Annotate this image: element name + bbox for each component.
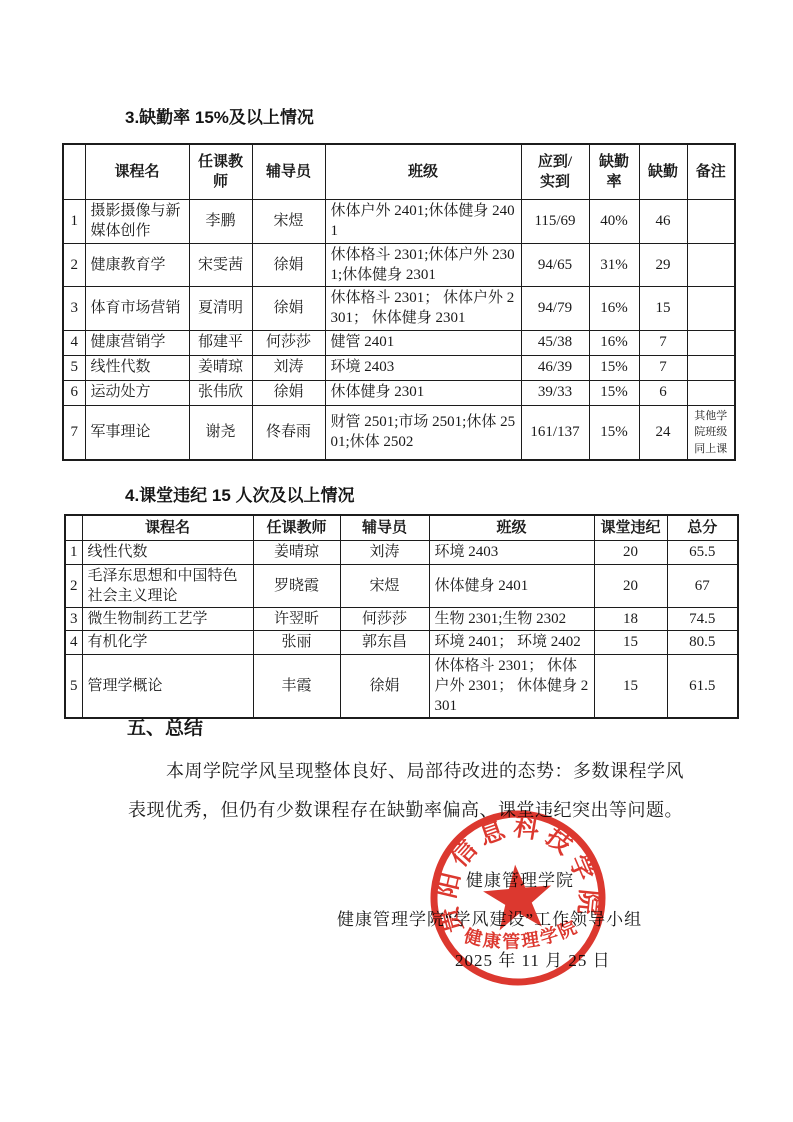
cell-teacher: 谢尧 bbox=[189, 405, 252, 460]
cell-counselor: 徐娟 bbox=[252, 380, 325, 405]
header-cell-counselor: 辅导员 bbox=[340, 515, 429, 541]
cell-absent: 7 bbox=[639, 330, 687, 355]
header-row: 课程名任课教师辅导员班级课堂违纪总分 bbox=[65, 515, 738, 541]
cell-attendance: 46/39 bbox=[521, 355, 589, 380]
cell-attendance: 115/69 bbox=[521, 200, 589, 244]
cell-remark bbox=[687, 200, 735, 244]
table-row: 1线性代数姜晴琼刘涛环境 24032065.5 bbox=[65, 541, 738, 564]
cell-course: 毛泽东思想和中国特色社会主义理论 bbox=[82, 564, 253, 608]
summary-paragraph-line2: 表现优秀，但仍有少数课程存在缺勤率偏高、课堂违纪突出等问题。 bbox=[128, 796, 683, 822]
cell-counselor: 佟春雨 bbox=[252, 405, 325, 460]
cell-no: 4 bbox=[65, 631, 82, 654]
signature-date: 2025 年 11 月 25 日 bbox=[455, 946, 611, 971]
cell-counselor: 徐娟 bbox=[252, 243, 325, 287]
cell-course: 线性代数 bbox=[85, 355, 189, 380]
cell-teacher: 罗晓霞 bbox=[253, 564, 340, 608]
cell-classes: 财管 2501;市场 2501;休体 2501;休体 2502 bbox=[325, 405, 521, 460]
cell-classes: 休体健身 2301 bbox=[325, 380, 521, 405]
table-row: 3微生物制药工艺学许翌昕何莎莎生物 2301;生物 23021874.5 bbox=[65, 608, 738, 631]
cell-no: 4 bbox=[63, 330, 85, 355]
section4-title: 4.课堂违纪 15 人次及以上情况 bbox=[125, 481, 355, 506]
cell-teacher: 郁建平 bbox=[189, 330, 252, 355]
cell-rate: 15% bbox=[589, 380, 639, 405]
table-row: 2健康教育学宋雯茜徐娟休体格斗 2301;休体户外 2301;休体健身 2301… bbox=[63, 243, 735, 287]
cell-no: 2 bbox=[63, 243, 85, 287]
cell-violations: 15 bbox=[594, 654, 667, 718]
cell-teacher: 姜晴琼 bbox=[189, 355, 252, 380]
cell-remark bbox=[687, 243, 735, 287]
cell-classes: 休体格斗 2301;休体户外 2301;休体健身 2301 bbox=[325, 243, 521, 287]
cell-violations: 20 bbox=[594, 541, 667, 564]
cell-absent: 24 bbox=[639, 405, 687, 460]
table-body: 1线性代数姜晴琼刘涛环境 24032065.52毛泽东思想和中国特色社会主义理论… bbox=[65, 541, 738, 719]
cell-remark bbox=[687, 380, 735, 405]
cell-violations: 20 bbox=[594, 564, 667, 608]
header-cell-score: 总分 bbox=[667, 515, 738, 541]
cell-course: 运动处方 bbox=[85, 380, 189, 405]
header-cell-classes: 班级 bbox=[325, 144, 521, 200]
table-row: 7军事理论谢尧佟春雨财管 2501;市场 2501;休体 2501;休体 250… bbox=[63, 405, 735, 460]
table-header: 课程名任课教师辅导员班级课堂违纪总分 bbox=[65, 515, 738, 541]
cell-counselor: 徐娟 bbox=[340, 654, 429, 718]
cell-remark bbox=[687, 330, 735, 355]
summary-paragraph-line1: 本周学院学风呈现整体良好、局部待改进的态势：多数课程学风 bbox=[166, 757, 684, 783]
cell-no: 5 bbox=[63, 355, 85, 380]
cell-counselor: 宋煜 bbox=[252, 200, 325, 244]
table-row: 4健康营销学郁建平何莎莎健管 240145/3816%7 bbox=[63, 330, 735, 355]
cell-score: 80.5 bbox=[667, 631, 738, 654]
cell-teacher: 张伟欣 bbox=[189, 380, 252, 405]
cell-classes: 环境 2403 bbox=[325, 355, 521, 380]
table-header: 课程名任课教 师辅导员班级应到/ 实到缺勤 率缺勤备注 bbox=[63, 144, 735, 200]
header-cell-absent: 缺勤 bbox=[639, 144, 687, 200]
cell-counselor: 郭东昌 bbox=[340, 631, 429, 654]
cell-no: 1 bbox=[65, 541, 82, 564]
table-row: 4有机化学张丽郭东昌环境 2401； 环境 24021580.5 bbox=[65, 631, 738, 654]
cell-classes: 休体户外 2401;休体健身 2401 bbox=[325, 200, 521, 244]
cell-course: 军事理论 bbox=[85, 405, 189, 460]
cell-course: 健康教育学 bbox=[85, 243, 189, 287]
section3-title: 3.缺勤率 15%及以上情况 bbox=[125, 103, 314, 128]
cell-course: 健康营销学 bbox=[85, 330, 189, 355]
cell-rate: 15% bbox=[589, 355, 639, 380]
cell-teacher: 李鹏 bbox=[189, 200, 252, 244]
table-row: 5管理学概论丰霞徐娟休体格斗 2301； 休体户外 2301； 休体健身 230… bbox=[65, 654, 738, 718]
cell-violations: 18 bbox=[594, 608, 667, 631]
cell-remark bbox=[687, 287, 735, 331]
cell-attendance: 39/33 bbox=[521, 380, 589, 405]
cell-teacher: 张丽 bbox=[253, 631, 340, 654]
cell-classes: 健管 2401 bbox=[325, 330, 521, 355]
header-cell-course: 课程名 bbox=[82, 515, 253, 541]
cell-counselor: 刘涛 bbox=[340, 541, 429, 564]
cell-classes: 环境 2403 bbox=[429, 541, 594, 564]
cell-score: 67 bbox=[667, 564, 738, 608]
cell-teacher: 宋雯茜 bbox=[189, 243, 252, 287]
cell-course: 体育市场营销 bbox=[85, 287, 189, 331]
table-row: 1摄影摄像与新媒体创作李鹏宋煜休体户外 2401;休体健身 2401115/69… bbox=[63, 200, 735, 244]
header-cell-no bbox=[65, 515, 82, 541]
cell-course: 微生物制药工艺学 bbox=[82, 608, 253, 631]
cell-counselor: 徐娟 bbox=[252, 287, 325, 331]
cell-teacher: 姜晴琼 bbox=[253, 541, 340, 564]
header-cell-no bbox=[63, 144, 85, 200]
cell-remark: 其他学院班级同上课 bbox=[687, 405, 735, 460]
cell-score: 61.5 bbox=[667, 654, 738, 718]
cell-teacher: 许翌昕 bbox=[253, 608, 340, 631]
cell-course: 线性代数 bbox=[82, 541, 253, 564]
cell-classes: 生物 2301;生物 2302 bbox=[429, 608, 594, 631]
header-cell-counselor: 辅导员 bbox=[252, 144, 325, 200]
cell-violations: 15 bbox=[594, 631, 667, 654]
cell-no: 3 bbox=[65, 608, 82, 631]
violations-table: 课程名任课教师辅导员班级课堂违纪总分 1线性代数姜晴琼刘涛环境 24032065… bbox=[64, 514, 739, 719]
cell-classes: 休体格斗 2301； 休体户外 2301； 休体健身 2301 bbox=[325, 287, 521, 331]
cell-rate: 16% bbox=[589, 287, 639, 331]
header-cell-course: 课程名 bbox=[85, 144, 189, 200]
table-row: 3体育市场营销夏清明徐娟休体格斗 2301； 休体户外 2301； 休体健身 2… bbox=[63, 287, 735, 331]
cell-absent: 29 bbox=[639, 243, 687, 287]
cell-absent: 7 bbox=[639, 355, 687, 380]
cell-no: 2 bbox=[65, 564, 82, 608]
document-page: 3.缺勤率 15%及以上情况 课程名任课教 师辅导员班级应到/ 实到缺勤 率缺勤… bbox=[0, 0, 793, 1122]
header-cell-rate: 缺勤 率 bbox=[589, 144, 639, 200]
cell-remark bbox=[687, 355, 735, 380]
header-cell-remark: 备注 bbox=[687, 144, 735, 200]
cell-attendance: 161/137 bbox=[521, 405, 589, 460]
cell-no: 1 bbox=[63, 200, 85, 244]
cell-counselor: 宋煜 bbox=[340, 564, 429, 608]
signature-leading-group: 健康管理学院“学风建设”工作领导小组 bbox=[337, 905, 642, 930]
cell-score: 65.5 bbox=[667, 541, 738, 564]
cell-classes: 环境 2401； 环境 2402 bbox=[429, 631, 594, 654]
header-cell-attendance: 应到/ 实到 bbox=[521, 144, 589, 200]
cell-classes: 休体格斗 2301； 休体户外 2301； 休体健身 2301 bbox=[429, 654, 594, 718]
cell-attendance: 45/38 bbox=[521, 330, 589, 355]
table-row: 6运动处方张伟欣徐娟休体健身 230139/3315%6 bbox=[63, 380, 735, 405]
cell-rate: 31% bbox=[589, 243, 639, 287]
cell-counselor: 何莎莎 bbox=[340, 608, 429, 631]
table-body: 1摄影摄像与新媒体创作李鹏宋煜休体户外 2401;休体健身 2401115/69… bbox=[63, 200, 735, 461]
header-row: 课程名任课教 师辅导员班级应到/ 实到缺勤 率缺勤备注 bbox=[63, 144, 735, 200]
cell-attendance: 94/79 bbox=[521, 287, 589, 331]
cell-course: 管理学概论 bbox=[82, 654, 253, 718]
header-cell-teacher: 任课教师 bbox=[253, 515, 340, 541]
cell-no: 3 bbox=[63, 287, 85, 331]
header-cell-teacher: 任课教 师 bbox=[189, 144, 252, 200]
cell-no: 7 bbox=[63, 405, 85, 460]
table-row: 2毛泽东思想和中国特色社会主义理论罗晓霞宋煜休体健身 24012067 bbox=[65, 564, 738, 608]
summary-heading: 五、总结 bbox=[127, 713, 203, 740]
cell-no: 5 bbox=[65, 654, 82, 718]
cell-absent: 6 bbox=[639, 380, 687, 405]
cell-attendance: 94/65 bbox=[521, 243, 589, 287]
cell-score: 74.5 bbox=[667, 608, 738, 631]
cell-rate: 16% bbox=[589, 330, 639, 355]
cell-rate: 40% bbox=[589, 200, 639, 244]
table-row: 5线性代数姜晴琼刘涛环境 240346/3915%7 bbox=[63, 355, 735, 380]
header-cell-violations: 课堂违纪 bbox=[594, 515, 667, 541]
cell-teacher: 丰霞 bbox=[253, 654, 340, 718]
cell-counselor: 刘涛 bbox=[252, 355, 325, 380]
cell-absent: 15 bbox=[639, 287, 687, 331]
cell-absent: 46 bbox=[639, 200, 687, 244]
absence-rate-table: 课程名任课教 师辅导员班级应到/ 实到缺勤 率缺勤备注 1摄影摄像与新媒体创作李… bbox=[62, 143, 736, 461]
cell-course: 摄影摄像与新媒体创作 bbox=[85, 200, 189, 244]
cell-counselor: 何莎莎 bbox=[252, 330, 325, 355]
header-cell-classes: 班级 bbox=[429, 515, 594, 541]
cell-teacher: 夏清明 bbox=[189, 287, 252, 331]
cell-no: 6 bbox=[63, 380, 85, 405]
cell-rate: 15% bbox=[589, 405, 639, 460]
signature-college-name: 健康管理学院 bbox=[466, 866, 574, 891]
cell-course: 有机化学 bbox=[82, 631, 253, 654]
cell-classes: 休体健身 2401 bbox=[429, 564, 594, 608]
